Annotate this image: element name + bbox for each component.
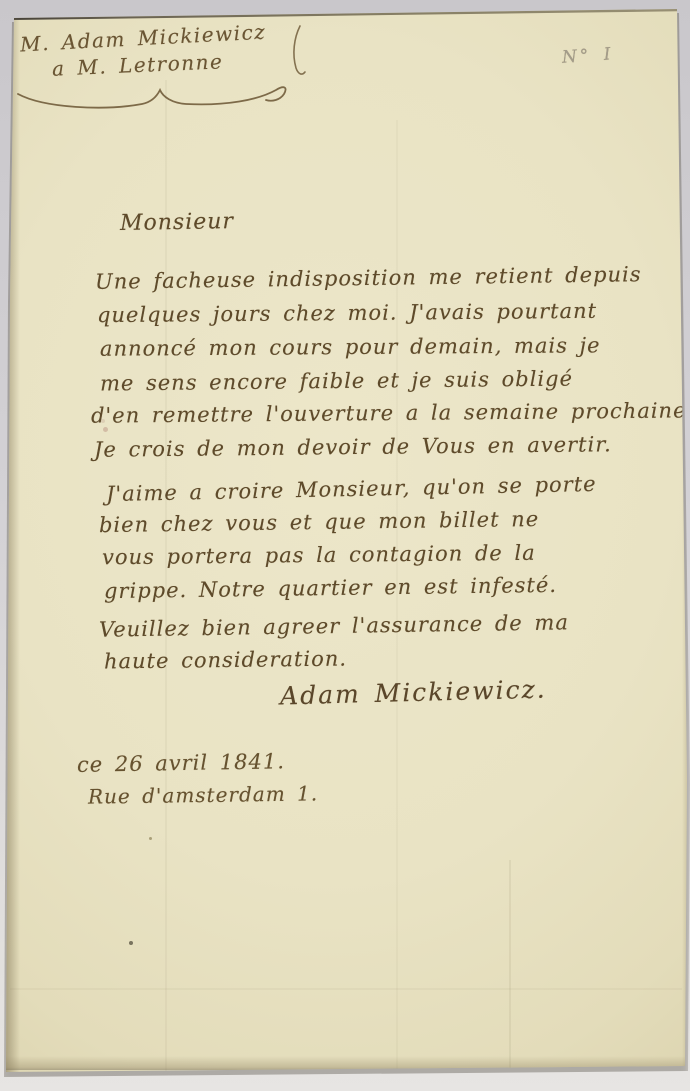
fold-crease-horizontal [10,988,682,990]
photo-background: M. Adam Mickiewicz a M. Letronne N° I Mo… [0,0,690,1091]
paper-speck [103,427,108,432]
paper-speck [149,837,152,840]
body-line: bien chez vous et que mon billet ne [99,507,539,537]
docket-flourish-stroke [284,24,308,80]
body-line: Une facheuse indisposition me retient de… [95,262,642,294]
docket-line-1: M. Adam Mickiewicz [20,20,267,57]
archival-number: N° I [561,44,614,68]
body-line: me sens encore faible et je suis obligé [100,367,573,396]
body-line: vous portera pas la contagion de la [102,541,536,570]
body-line: d'en remettre l'ouverture a la semaine p… [91,398,690,427]
paper-speck [129,941,133,945]
fold-crease-vertical [509,860,511,1072]
body-line: grippe. Notre quartier en est infesté. [104,573,557,603]
body-line: Je crois de mon devoir de Vous en averti… [94,432,612,461]
address-line: Rue d'amsterdam 1. [88,781,318,808]
body-line: annoncé mon cours pour demain, mais je [100,333,601,360]
body-line: haute consideration. [104,647,347,674]
body-line: Veuillez bien agreer l'assurance de ma [99,610,569,641]
salutation: Monsieur [120,209,234,236]
date-line: ce 26 avril 1841. [77,749,285,777]
paper-top-edge [12,6,680,20]
body-line: J'aime a croire Monsieur, qu'on se porte [106,472,597,506]
docket-line-2: a M. Letronne [52,49,224,80]
signature: Adam Mickiewicz. [280,675,547,711]
body-line: quelques jours chez moi. J'avais pourtan… [97,299,597,327]
letter-paper: M. Adam Mickiewicz a M. Letronne N° I Mo… [0,0,690,1091]
docket-flourish-underline [14,82,299,116]
